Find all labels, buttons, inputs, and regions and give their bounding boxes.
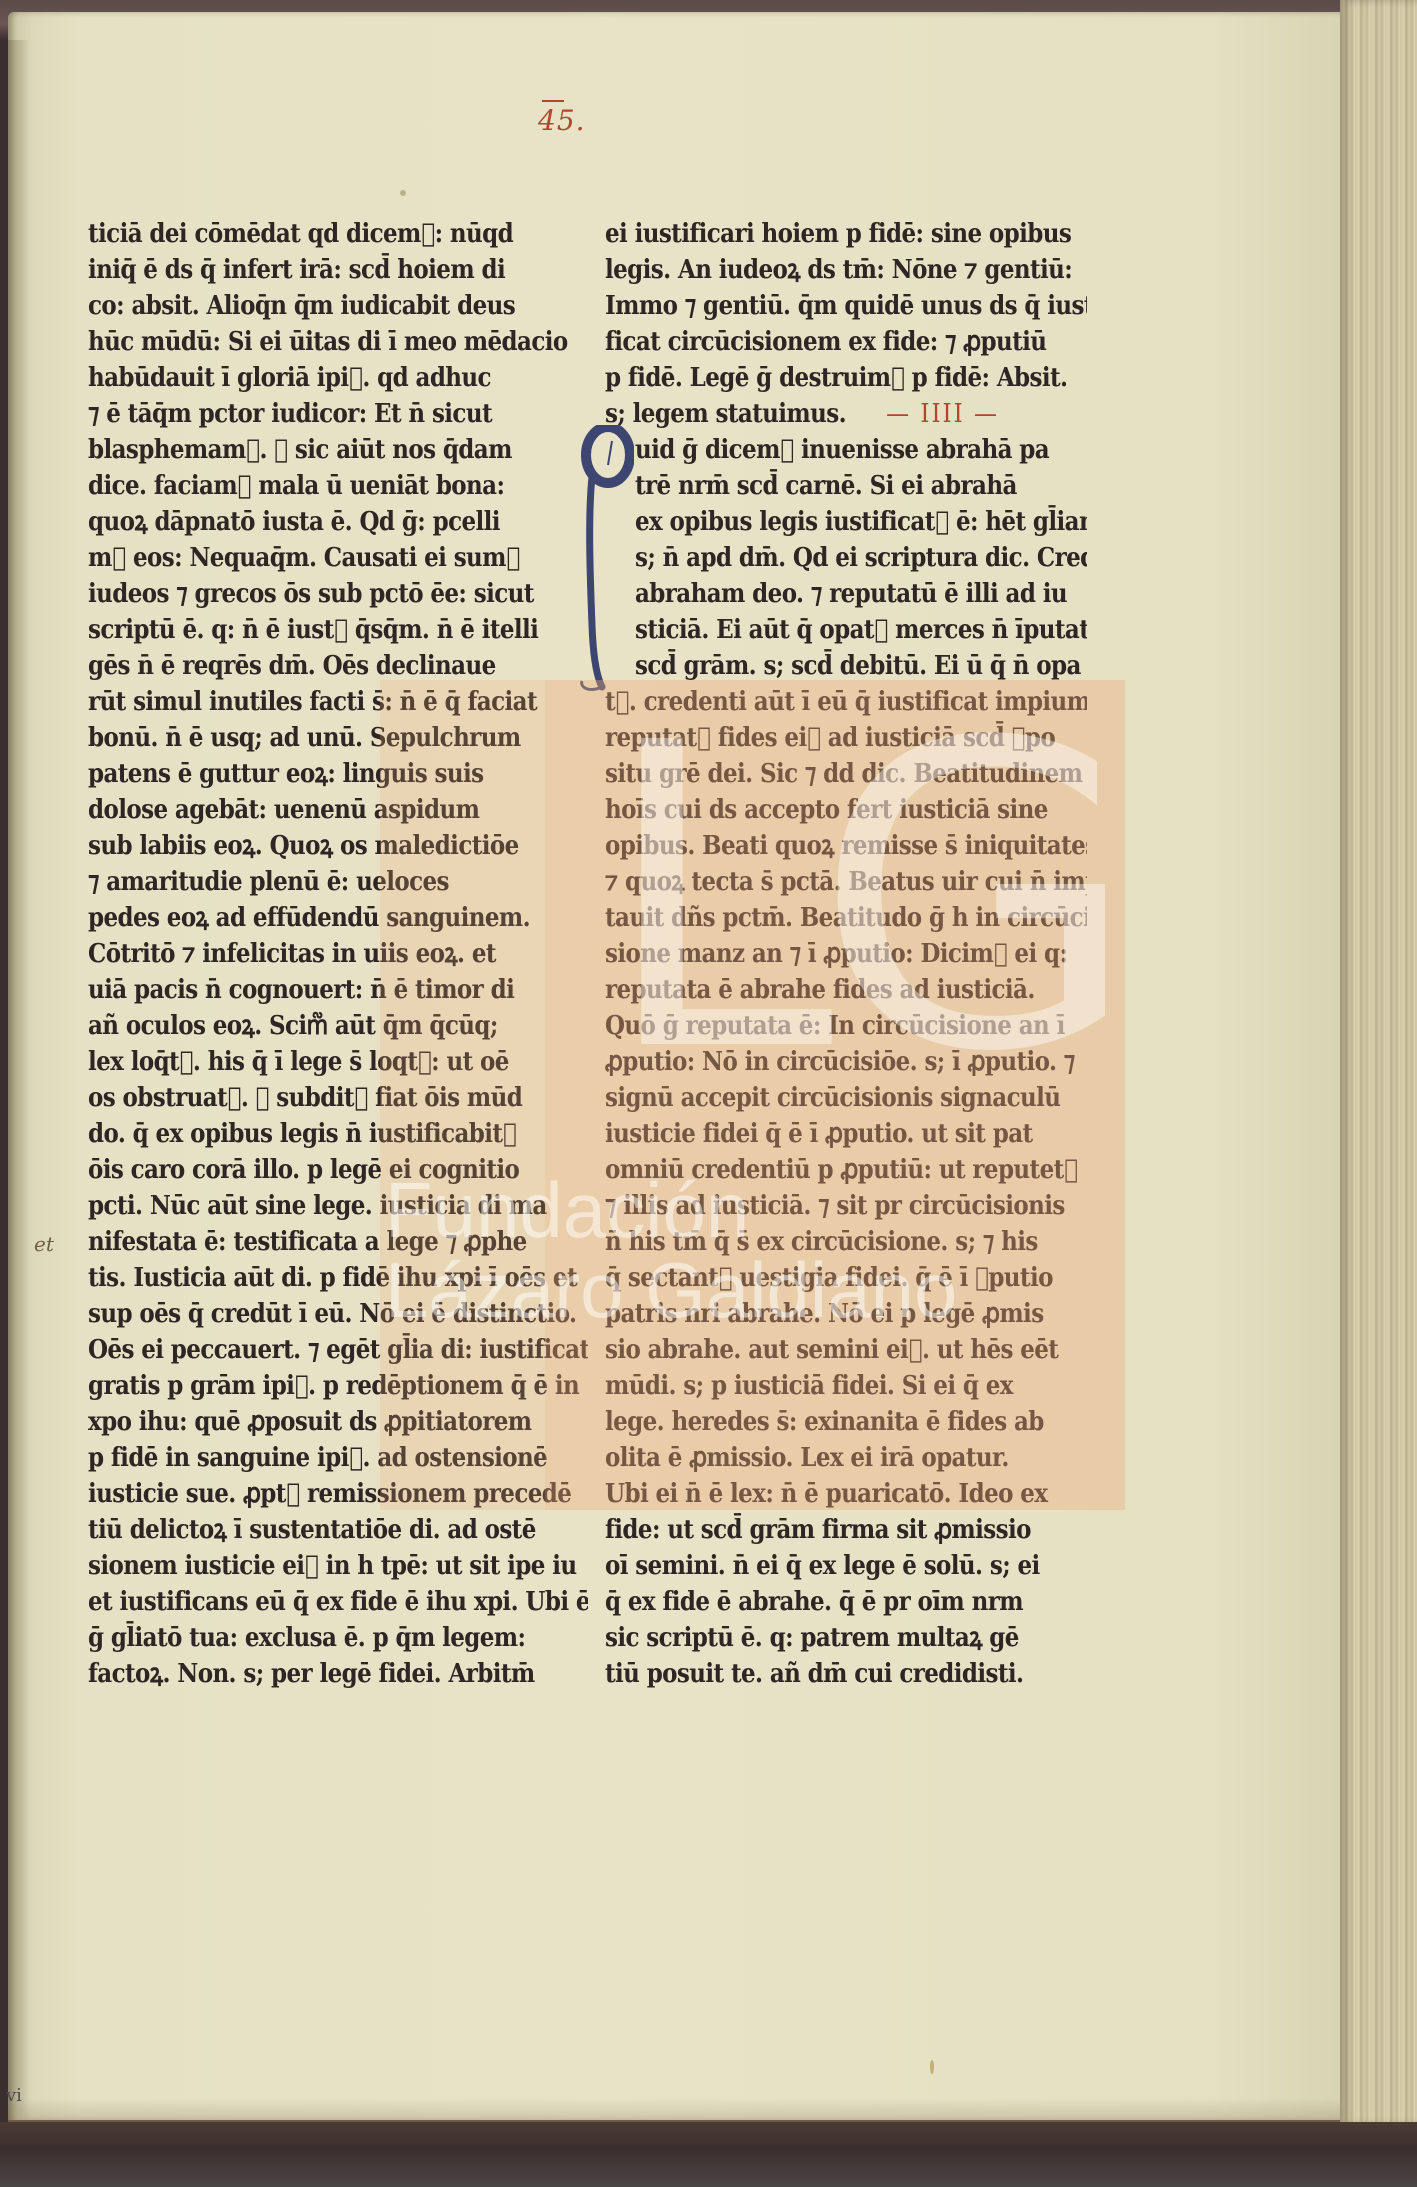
margin-annotation: et bbox=[34, 1232, 54, 1256]
text-line: tiū posuit te. añ dm̄ cui credidisti. bbox=[605, 1653, 1087, 1694]
text-column-right: ei iustificari hoiem p fidē: sine opibus… bbox=[605, 216, 1087, 1692]
chapter-marker: — IIII — bbox=[886, 399, 999, 429]
text-column-left: ticiā dei cōmēdat qd dicem᷑: nūqdiniq̄ ē… bbox=[88, 216, 588, 1692]
page-fore-edges bbox=[1340, 0, 1417, 2125]
folio-number: 45. bbox=[538, 104, 586, 137]
spine-shadow bbox=[8, 40, 30, 2120]
background-bottom bbox=[0, 2122, 1417, 2187]
text-line-end: s; legem statuimus. bbox=[605, 398, 846, 429]
corner-annotation: vi bbox=[6, 2085, 22, 2106]
text-line: factoꝝ. Non. s; per legē fidei. Arbitm̄ bbox=[88, 1653, 588, 1694]
decorated-initial-q-icon bbox=[578, 425, 634, 695]
